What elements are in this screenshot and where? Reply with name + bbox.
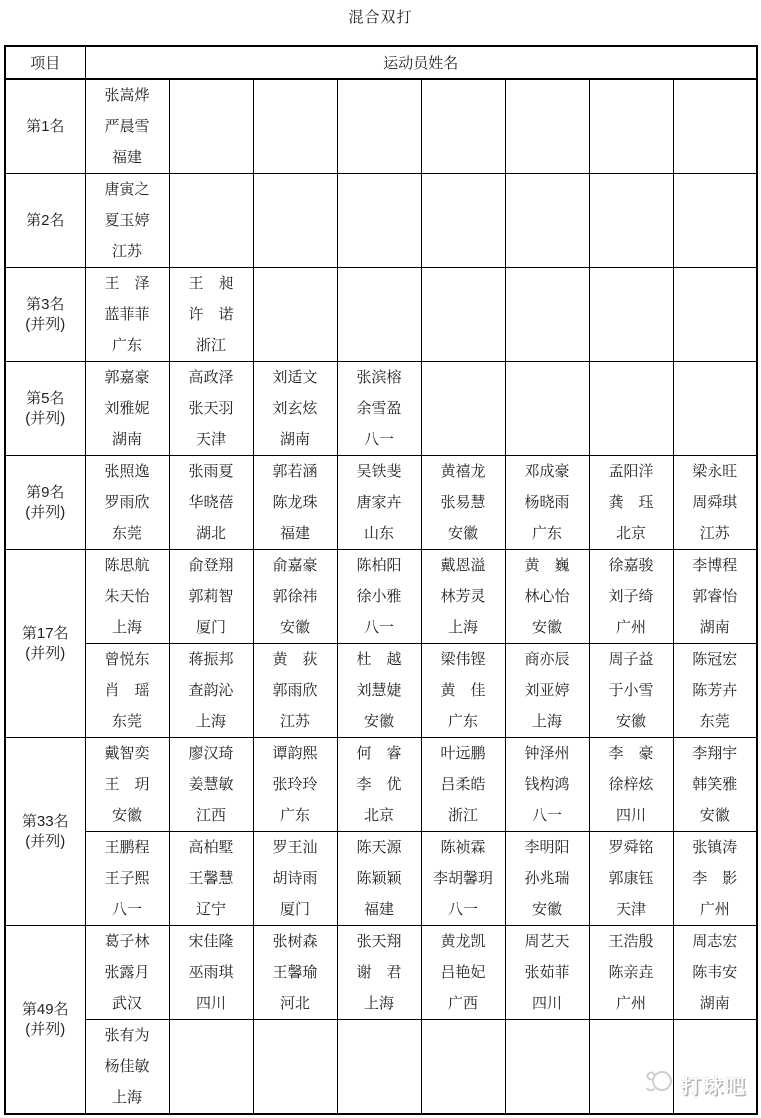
- empty-cell: [421, 174, 505, 268]
- player-cell: 戴恩溢 林芳灵 上海: [421, 550, 505, 644]
- player-cell: 李明阳 孙兆瑞 安徽: [505, 832, 589, 926]
- player-cell: 陈祯霖 李胡馨玥 八一: [421, 832, 505, 926]
- player-cell: 张照逸 罗雨欣 东莞: [85, 456, 169, 550]
- empty-cell: [253, 268, 337, 362]
- player-cell: 葛子林 张露月 武汉: [85, 926, 169, 1020]
- player-cell: 邓成豪 杨晓雨 广东: [505, 456, 589, 550]
- empty-cell: [673, 79, 757, 174]
- player-cell: 黄龙凯 吕艳妃 广西: [421, 926, 505, 1020]
- table-row: 第1名张嵩烨 严晨雪 福建: [5, 79, 757, 174]
- empty-cell: [421, 268, 505, 362]
- table-row: 第2名唐寅之 夏玉婷 江苏: [5, 174, 757, 268]
- table-row: 第33名 (并列)戴智奕 王 玥 安徽廖汉琦 姜慧敏 江西谭韵熙 张玲玲 广东何…: [5, 738, 757, 832]
- player-cell: 周志宏 陈韦安 湖南: [673, 926, 757, 1020]
- empty-cell: [589, 1020, 673, 1115]
- player-cell: 周子益 于小雪 安徽: [589, 644, 673, 738]
- empty-cell: [421, 79, 505, 174]
- player-cell: 张雨夏 华晓蓓 湖北: [169, 456, 253, 550]
- player-cell: 俞登翔 郭莉智 厦门: [169, 550, 253, 644]
- rank-cell: 第9名 (并列): [5, 456, 85, 550]
- player-cell: 陈柏阳 徐小雅 八一: [337, 550, 421, 644]
- empty-cell: [673, 174, 757, 268]
- table-row: 第3名 (并列)王 泽 蓝菲菲 广东王 昶 许 诺 浙江: [5, 268, 757, 362]
- header-item-cell: 项目: [5, 46, 85, 79]
- player-cell: 宋佳隆 巫雨琪 四川: [169, 926, 253, 1020]
- player-cell: 杜 越 刘慧婕 安徽: [337, 644, 421, 738]
- player-cell: 郭若涵 陈龙珠 福建: [253, 456, 337, 550]
- empty-cell: [169, 174, 253, 268]
- table-header-row: 项目 运动员姓名: [5, 46, 757, 79]
- table-row: 第9名 (并列)张照逸 罗雨欣 东莞张雨夏 华晓蓓 湖北郭若涵 陈龙珠 福建吴铁…: [5, 456, 757, 550]
- empty-cell: [337, 79, 421, 174]
- empty-cell: [505, 362, 589, 456]
- empty-cell: [673, 362, 757, 456]
- player-cell: 王 泽 蓝菲菲 广东: [85, 268, 169, 362]
- player-cell: 周艺天 张茹菲 四川: [505, 926, 589, 1020]
- player-cell: 蒋振邦 查韵沁 上海: [169, 644, 253, 738]
- player-cell: 张树森 王馨瑜 河北: [253, 926, 337, 1020]
- empty-cell: [589, 79, 673, 174]
- player-cell: 张镇涛 李 影 广州: [673, 832, 757, 926]
- player-cell: 张滨榕 余雪盈 八一: [337, 362, 421, 456]
- empty-cell: [505, 79, 589, 174]
- player-cell: 王 昶 许 诺 浙江: [169, 268, 253, 362]
- player-cell: 张嵩烨 严晨雪 福建: [85, 79, 169, 174]
- player-cell: 俞嘉豪 郭徐祎 安徽: [253, 550, 337, 644]
- player-cell: 黄 巍 林心怡 安徽: [505, 550, 589, 644]
- player-cell: 陈冠宏 陈芳卉 东莞: [673, 644, 757, 738]
- player-cell: 吴铁斐 唐家卉 山东: [337, 456, 421, 550]
- player-cell: 何 睿 李 优 北京: [337, 738, 421, 832]
- player-cell: 张有为 杨佳敏 上海: [85, 1020, 169, 1115]
- player-cell: 钟泽州 钱构鸿 八一: [505, 738, 589, 832]
- player-cell: 黄 荻 郭雨欣 江苏: [253, 644, 337, 738]
- rank-cell: 第17名 (并列): [5, 550, 85, 738]
- table-row: 第49名 (并列)葛子林 张露月 武汉宋佳隆 巫雨琪 四川张树森 王馨瑜 河北张…: [5, 926, 757, 1020]
- table-row: 第5名 (并列)郭嘉豪 刘雅妮 湖南高政泽 张天羽 天津刘适文 刘玄炫 湖南张滨…: [5, 362, 757, 456]
- player-cell: 陈思航 朱天怡 上海: [85, 550, 169, 644]
- player-cell: 徐嘉骏 刘子绮 广州: [589, 550, 673, 644]
- player-cell: 李 豪 徐梓炫 四川: [589, 738, 673, 832]
- rank-cell: 第49名 (并列): [5, 926, 85, 1115]
- player-cell: 梁永旺 周舜琪 江苏: [673, 456, 757, 550]
- player-cell: 陈天源 陈颖颖 福建: [337, 832, 421, 926]
- player-cell: 李翔宇 韩笑雅 安徽: [673, 738, 757, 832]
- player-cell: 高柏墅 王馨慧 辽宁: [169, 832, 253, 926]
- empty-cell: [673, 1020, 757, 1115]
- rank-cell: 第2名: [5, 174, 85, 268]
- rank-cell: 第33名 (并列): [5, 738, 85, 926]
- player-cell: 戴智奕 王 玥 安徽: [85, 738, 169, 832]
- empty-cell: [505, 268, 589, 362]
- player-cell: 李博程 郭睿怡 湖南: [673, 550, 757, 644]
- player-cell: 郭嘉豪 刘雅妮 湖南: [85, 362, 169, 456]
- player-cell: 张天翔 谢 君 上海: [337, 926, 421, 1020]
- empty-cell: [337, 268, 421, 362]
- player-cell: 谭韵熙 张玲玲 广东: [253, 738, 337, 832]
- player-cell: 黄禧龙 张易慧 安徽: [421, 456, 505, 550]
- empty-cell: [505, 174, 589, 268]
- player-cell: 梁伟铿 黄 佳 广东: [421, 644, 505, 738]
- table-row: 王鹏程 王子熙 八一高柏墅 王馨慧 辽宁罗王汕 胡诗雨 厦门陈天源 陈颖颖 福建…: [5, 832, 757, 926]
- player-cell: 高政泽 张天羽 天津: [169, 362, 253, 456]
- rank-cell: 第1名: [5, 79, 85, 174]
- player-cell: 曾悦东 肖 瑶 东莞: [85, 644, 169, 738]
- empty-cell: [589, 268, 673, 362]
- player-cell: 孟阳洋 龚 珏 北京: [589, 456, 673, 550]
- empty-cell: [673, 268, 757, 362]
- rank-cell: 第5名 (并列): [5, 362, 85, 456]
- empty-cell: [421, 1020, 505, 1115]
- results-table-body: 项目 运动员姓名 第1名张嵩烨 严晨雪 福建第2名唐寅之 夏玉婷 江苏第3名 (…: [5, 46, 757, 1114]
- table-row: 第17名 (并列)陈思航 朱天怡 上海俞登翔 郭莉智 厦门俞嘉豪 郭徐祎 安徽陈…: [5, 550, 757, 644]
- header-players-cell: 运动员姓名: [85, 46, 757, 79]
- player-cell: 刘适文 刘玄炫 湖南: [253, 362, 337, 456]
- empty-cell: [253, 79, 337, 174]
- player-cell: 王浩殷 陈亲垚 广州: [589, 926, 673, 1020]
- player-cell: 罗舜铭 郭康钰 天津: [589, 832, 673, 926]
- empty-cell: [421, 362, 505, 456]
- empty-cell: [589, 174, 673, 268]
- empty-cell: [505, 1020, 589, 1115]
- empty-cell: [589, 362, 673, 456]
- empty-cell: [169, 1020, 253, 1115]
- empty-cell: [253, 174, 337, 268]
- empty-cell: [169, 79, 253, 174]
- player-cell: 唐寅之 夏玉婷 江苏: [85, 174, 169, 268]
- empty-cell: [337, 1020, 421, 1115]
- empty-cell: [253, 1020, 337, 1115]
- rank-cell: 第3名 (并列): [5, 268, 85, 362]
- page-title: 混合双打: [0, 6, 761, 27]
- results-table: 项目 运动员姓名 第1名张嵩烨 严晨雪 福建第2名唐寅之 夏玉婷 江苏第3名 (…: [4, 45, 758, 1115]
- page: 混合双打 项目 运动员姓名 第1名张嵩烨 严晨雪 福建第2名唐寅之 夏玉婷 江苏…: [0, 0, 761, 1118]
- player-cell: 商亦辰 刘亚婷 上海: [505, 644, 589, 738]
- player-cell: 叶远鹏 吕柔皓 浙江: [421, 738, 505, 832]
- player-cell: 廖汉琦 姜慧敏 江西: [169, 738, 253, 832]
- table-row: 张有为 杨佳敏 上海: [5, 1020, 757, 1115]
- player-cell: 王鹏程 王子熙 八一: [85, 832, 169, 926]
- table-row: 曾悦东 肖 瑶 东莞蒋振邦 查韵沁 上海黄 荻 郭雨欣 江苏杜 越 刘慧婕 安徽…: [5, 644, 757, 738]
- empty-cell: [337, 174, 421, 268]
- player-cell: 罗王汕 胡诗雨 厦门: [253, 832, 337, 926]
